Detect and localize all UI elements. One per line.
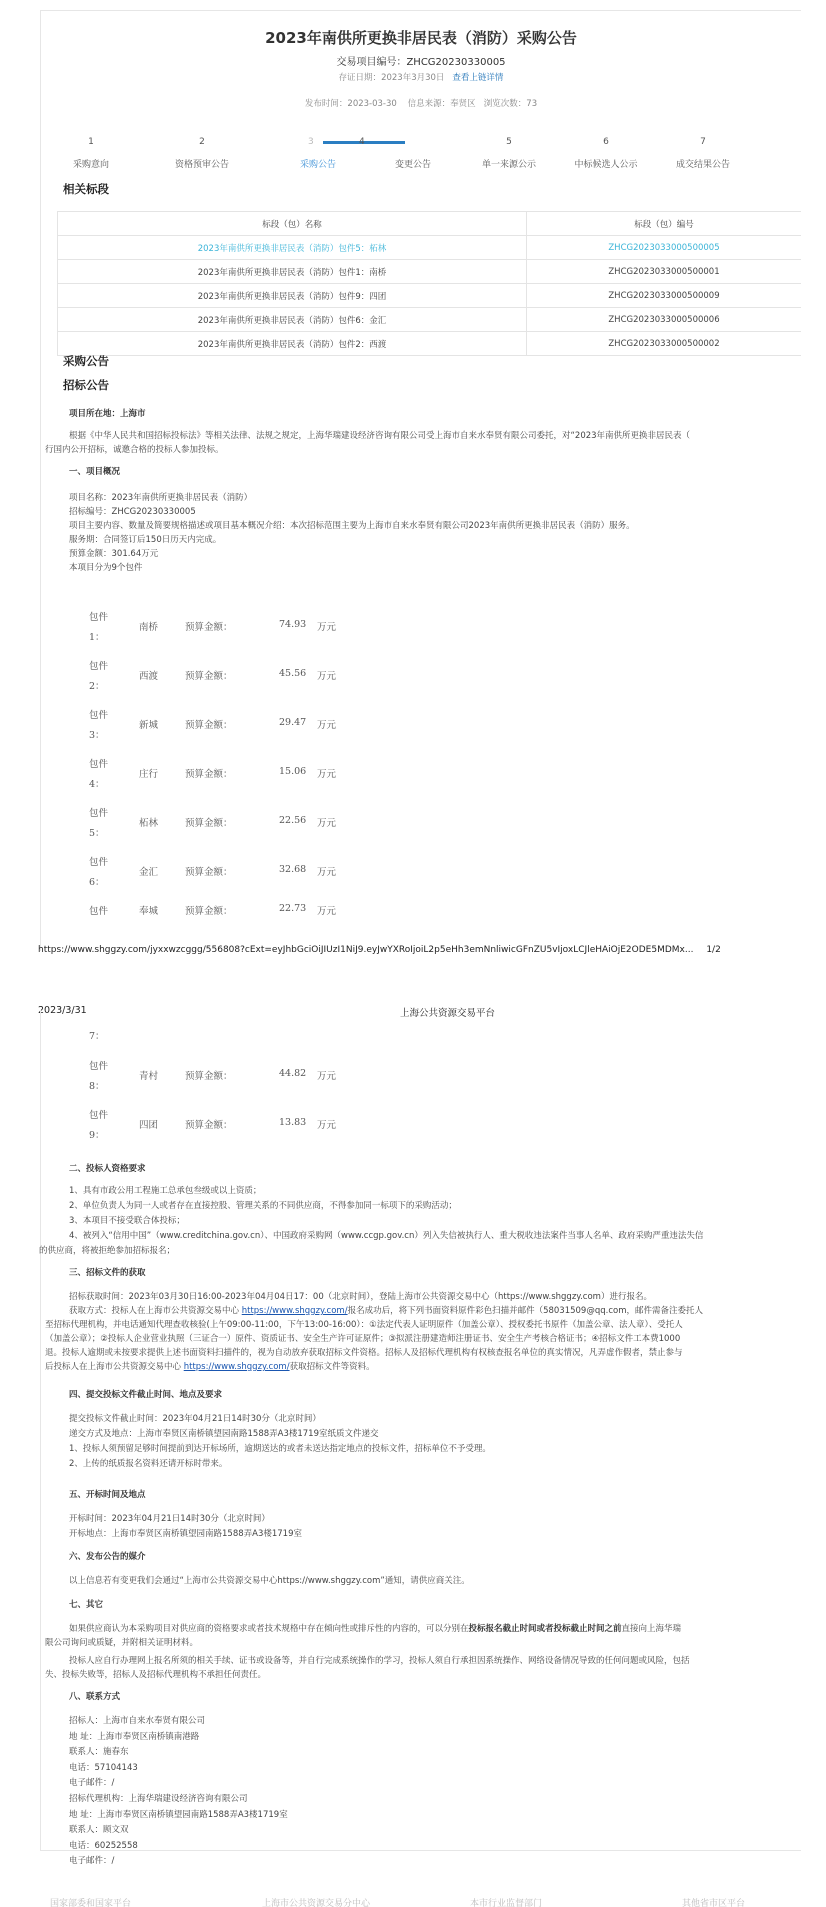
contact-line: 电话：60252558: [69, 1839, 288, 1855]
package-label: 包件: [89, 658, 108, 672]
package-label: 包件: [89, 903, 108, 917]
other-text: 如果供应商认为本采购项目对供应商的资格要求或者技术规格中存在倾向性或排斥性的内容…: [69, 1624, 469, 1634]
package-area: 庄行: [139, 766, 158, 780]
footer-link-ministries[interactable]: 国家部委和国家平台: [50, 1896, 131, 1907]
method-line: 后投标人在上海市公共资源交易中心 https://www.shggzy.com/…: [45, 1360, 801, 1374]
budget-label: 预算金额：: [185, 864, 233, 878]
package-label: 包件: [89, 609, 108, 623]
row-name[interactable]: 2023年南供所更换非居民表（消防）包件1：南桥: [58, 260, 527, 284]
step-label: 资格预审公告: [152, 157, 252, 170]
package-number: 8：: [89, 1078, 105, 1092]
package-row: 包件5：柘林预算金额：22.56万元: [89, 805, 389, 845]
other-para-1: 如果供应商认为本采购项目对供应商的资格要求或者技术规格中存在倾向性或排斥性的内容…: [69, 1622, 801, 1636]
other-text: 直接向上海华瑞: [622, 1624, 682, 1634]
tender-heading: 招标公告: [63, 377, 109, 393]
requirement-line: 2、单位负责人为同一人或者存在直接控股、管理关系的不同供应商，不得参加同一标项下…: [69, 1199, 703, 1214]
overview-line: 项目主要内容、数量及简要规格描述或项目基本概况介绍：本次招标范围主要为上海市自来…: [69, 519, 635, 533]
acquisition-details: 至招标代理机构，并电话通知代理查收核验(上午09:00-11:00，下午13:0…: [45, 1318, 801, 1374]
section-8-title: 八、联系方式: [69, 1690, 120, 1704]
project-location: 项目所在地：上海市: [69, 407, 146, 421]
package-area: 柘林: [139, 815, 158, 829]
package-area: 西渡: [139, 668, 158, 682]
table-row[interactable]: 2023年南供所更换非居民表（消防）包件2：西渡ZHCG202303300050…: [58, 332, 802, 356]
method-text: 获取招标文件等资料。: [290, 1362, 375, 1372]
budget-amount: 15.06: [279, 766, 306, 777]
step-label: 成交结果公告: [653, 157, 753, 170]
step-number: 3: [268, 133, 368, 151]
contact-info: 招标人：上海市自来水奉贤有限公司 地 址：上海市奉贤区南桥镇南港路 联系人：施春…: [69, 1714, 288, 1870]
procurement-heading: 采购公告: [63, 353, 109, 369]
project-number-label: 交易项目编号：: [336, 57, 406, 68]
row-name[interactable]: 2023年南供所更换非居民表（消防）包件9：四团: [58, 284, 527, 308]
contact-line: 电话：57104143: [69, 1761, 288, 1777]
print-page-number: 1/2: [706, 945, 720, 955]
budget-amount: 45.56: [279, 668, 306, 679]
overview-line: 服务期：合同签订后150日历天内完成。: [69, 533, 635, 547]
requirement-line: 1、具有市政公用工程施工总承包叁级或以上资质；: [69, 1184, 703, 1199]
project-overview: 项目名称：2023年南供所更换非居民表（消防） 招标编号：ZHCG2023033…: [69, 491, 635, 575]
package-number: 3：: [89, 727, 105, 741]
budget-amount: 13.83: [279, 1117, 306, 1128]
step-3[interactable]: 3采购公告: [268, 133, 368, 170]
package-number: 9：: [89, 1127, 105, 1141]
section-1-title: 一、项目概况: [69, 465, 120, 479]
submission-line: 2、上传的纸质报名资料还请开标时带来。: [69, 1457, 491, 1472]
budget-label: 预算金额：: [185, 903, 233, 917]
package-label: 包件: [89, 1107, 108, 1121]
package-area: 奉城: [139, 903, 158, 917]
row-code[interactable]: ZHCG2023033000500009: [527, 284, 802, 308]
package-area: 四团: [139, 1117, 158, 1131]
requirement-line: 4、被列入“信用中国”（www.creditchina.gov.cn）、中国政府…: [69, 1229, 703, 1244]
package-number: 7：: [89, 1028, 105, 1042]
overview-line: 预算金额：301.64万元: [69, 547, 635, 561]
contact-line: 联系人：施春东: [69, 1745, 288, 1761]
view-chain-details-link[interactable]: 查看上链详情: [452, 73, 503, 83]
step-number: 7: [653, 133, 753, 151]
shggzy-link[interactable]: https://www.shggzy.com/: [242, 1306, 348, 1316]
contact-line: 电子邮件：/: [69, 1776, 288, 1792]
submission-line: 递交方式及地点：上海市奉贤区南桥镇望园南路1588弄A3楼1719室纸质文件递交: [69, 1427, 491, 1442]
budget-amount: 44.82: [279, 1068, 306, 1079]
step-7[interactable]: 7成交结果公告: [653, 133, 753, 170]
step-label: 采购意向: [41, 157, 141, 170]
row-code[interactable]: ZHCG2023033000500005: [527, 236, 802, 260]
overview-line: 项目名称：2023年南供所更换非居民表（消防）: [69, 491, 635, 505]
budget-label: 预算金额：: [185, 815, 233, 829]
row-name[interactable]: 2023年南供所更换非居民表（消防）包件5：柘林: [58, 236, 527, 260]
submission-info: 提交投标文件截止时间：2023年04月21日14时30分（北京时间） 递交方式及…: [69, 1412, 491, 1472]
table-row[interactable]: 2023年南供所更换非居民表（消防）包件5：柘林ZHCG202303300050…: [58, 236, 802, 260]
col-name-header: 标段（包）名称: [58, 212, 527, 236]
row-code[interactable]: ZHCG2023033000500001: [527, 260, 802, 284]
package-row: 包件1：南桥预算金额：74.93万元: [89, 609, 389, 649]
step-4[interactable]: 4变更公告: [363, 133, 463, 170]
other-para-2-line2: 失、投标失败等，招标人及招标代理机构不承担任何责任。: [45, 1668, 266, 1682]
budget-label: 预算金额：: [185, 619, 233, 633]
budget-unit: 万元: [317, 1068, 336, 1082]
budget-unit: 万元: [317, 864, 336, 878]
contact-line: 招标代理机构：上海华瑞建设经济咨询有限公司: [69, 1792, 288, 1808]
package-row: 包件9：四团预算金额：13.83万元: [89, 1107, 389, 1147]
budget-label: 预算金额：: [185, 668, 233, 682]
media-text: 以上信息若有变更我们会通过“上海市公共资源交易中心https://www.shg…: [69, 1574, 470, 1588]
requirement-line: 的供应商，将被拒绝参加招标报名；: [39, 1244, 175, 1258]
budget-label: 预算金额：: [185, 1117, 233, 1131]
budget-amount: 29.47: [279, 717, 306, 728]
other-para-1-line2: 限公司询问或质疑，并附相关证明材料。: [45, 1636, 198, 1650]
package-label: 包件: [89, 1058, 108, 1072]
table-row[interactable]: 2023年南供所更换非居民表（消防）包件1：南桥ZHCG202303300050…: [58, 260, 802, 284]
project-number: 交易项目编号：ZHCG20230330005: [41, 53, 801, 68]
cert-date-label: 存证日期：: [339, 73, 382, 83]
method-text: 获取方式：投标人在上海市公共资源交易中心: [69, 1306, 242, 1316]
location-value: 上海市: [120, 409, 146, 419]
row-name[interactable]: 2023年南供所更换非居民表（消防）包件6：金汇: [58, 308, 527, 332]
footer-link-subcenters[interactable]: 上海市公共资源交易分中心: [262, 1896, 370, 1907]
opening-line: 开标时间：2023年04月21日14时30分（北京时间）: [69, 1512, 302, 1527]
step-label: 变更公告: [363, 157, 463, 170]
contact-line: 联系人：顾文双: [69, 1823, 288, 1839]
budget-amount: 74.93: [279, 619, 306, 630]
method-line: （加盖公章）；②投标人企业营业执照（三证合一）原件、资质证书、安全生产许可证原件…: [45, 1332, 801, 1346]
views-count: 73: [526, 99, 537, 109]
contact-line: 地 址：上海市奉贤区南桥镇南港路: [69, 1730, 288, 1746]
source-label: 信息来源：: [408, 99, 451, 109]
process-steps: 1采购意向 2资格预审公告 3采购公告 4变更公告 5单一来源公示 6中标候选人…: [41, 133, 826, 183]
budget-unit: 万元: [317, 668, 336, 682]
step-number: 4: [359, 133, 463, 151]
budget-amount: 22.56: [279, 815, 306, 826]
section-3-title: 三、招标文件的获取: [69, 1266, 146, 1280]
page-title: 2023年南供所更换非居民表（消防）采购公告: [41, 27, 801, 48]
section-6-title: 六、发布公告的媒介: [69, 1550, 146, 1564]
budget-amount: 22.73: [279, 903, 306, 914]
row-code[interactable]: ZHCG2023033000500006: [527, 308, 802, 332]
package-label: 包件: [89, 854, 108, 868]
step-label: 中标候选人公示: [556, 157, 656, 170]
package-row: 包件6：金汇预算金额：32.68万元: [89, 854, 389, 894]
method-text: 后投标人在上海市公共资源交易中心: [45, 1362, 184, 1372]
package-row: 包件2：西渡预算金额：45.56万元: [89, 658, 389, 698]
acquisition-time: 招标获取时间：2023年03月30日16:00-2023年04月04日17：00…: [69, 1290, 652, 1304]
package-row: 包件8：青村预算金额：44.82万元: [89, 1058, 389, 1098]
package-number: 5：: [89, 825, 105, 839]
budget-unit: 万元: [317, 717, 336, 731]
other-para-2: 投标人应自行办理网上报名所须的相关手续、证书或设备等，并自行完成系统操作的学习，…: [69, 1654, 801, 1668]
views-label: 浏览次数：: [484, 99, 527, 109]
intro-line-2: 行国内公开招标，诚邀合格的投标人参加投标。: [45, 443, 224, 457]
package-area: 新城: [139, 717, 158, 731]
row-code[interactable]: ZHCG2023033000500002: [527, 332, 802, 356]
footer-link-regulators[interactable]: 本市行业监督部门: [470, 1896, 542, 1907]
package-area: 金汇: [139, 864, 158, 878]
step-1[interactable]: 1采购意向: [41, 133, 141, 170]
related-sections-table: 标段（包）名称 标段（包）编号 2023年南供所更换非居民表（消防）包件5：柘林…: [57, 211, 801, 356]
step-label: 单一来源公示: [459, 157, 559, 170]
package-row: 包件3：新城预算金额：29.47万元: [89, 707, 389, 747]
project-number-value: ZHCG20230330005: [406, 57, 505, 68]
method-line: 至招标代理机构，并电话通知代理查收核验(上午09:00-11:00，下午13:0…: [45, 1318, 801, 1332]
contact-line: 地 址：上海市奉贤区南桥镇望园南路1588弄A3楼1719室: [69, 1808, 288, 1824]
budget-amount: 32.68: [279, 864, 306, 875]
package-row: 包件4：庄行预算金额：15.06万元: [89, 756, 389, 796]
step-6[interactable]: 6中标候选人公示: [556, 133, 656, 170]
publish-meta: 发布时间：2023-03-30 信息来源：奉贤区 浏览次数：73: [41, 97, 801, 109]
package-number: 1：: [89, 629, 105, 643]
overview-line: 本项目分为9个包件: [69, 561, 635, 575]
budget-unit: 万元: [317, 815, 336, 829]
method-text: 报名成功后，将下列书面资料原件彩色扫描并邮件（58031509@qq.com，邮…: [348, 1306, 703, 1316]
step-number: 6: [556, 133, 656, 151]
related-sections-heading: 相关标段: [63, 181, 109, 197]
package-area: 南桥: [139, 619, 158, 633]
opening-info: 开标时间：2023年04月21日14时30分（北京时间） 开标地点：上海市奉贤区…: [69, 1512, 302, 1542]
publish-label: 发布时间：: [305, 99, 348, 109]
notice-card-page1: 2023年南供所更换非居民表（消防）采购公告 交易项目编号：ZHCG202303…: [40, 10, 801, 951]
shggzy-link[interactable]: https://www.shggzy.com/: [184, 1362, 290, 1372]
budget-unit: 万元: [317, 903, 336, 917]
source-value: 奉贤区: [450, 99, 476, 109]
package-number: 4：: [89, 776, 105, 790]
row-name[interactable]: 2023年南供所更换非居民表（消防）包件2：西渡: [58, 332, 527, 356]
notice-card-page2: 7：包件8：青村预算金额：44.82万元包件9：四团预算金额：13.83万元 二…: [40, 1010, 801, 1851]
section-2-title: 二、投标人资格要求: [69, 1162, 146, 1176]
package-area: 青村: [139, 1068, 158, 1082]
section-7-title: 七、其它: [69, 1598, 103, 1612]
step-number: 5: [459, 133, 559, 151]
step-2[interactable]: 2资格预审公告: [152, 133, 252, 170]
contact-line: 电子邮件：/: [69, 1854, 288, 1870]
publish-time: 2023-03-30: [347, 99, 396, 109]
step-number: 1: [41, 133, 141, 151]
step-label: 采购公告: [268, 157, 368, 170]
print-url: https://www.shggzy.com/jyxxwzcggg/556808…: [38, 945, 693, 955]
budget-unit: 万元: [317, 1117, 336, 1131]
submission-line: 提交投标文件截止时间：2023年04月21日14时30分（北京时间）: [69, 1412, 491, 1427]
bidder-requirements: 1、具有市政公用工程施工总承包叁级或以上资质； 2、单位负责人为同一人或者存在直…: [69, 1184, 703, 1244]
other-bold-text: 投标报名截止时间或者投标截止时间之前: [469, 1624, 622, 1634]
step-number: 2: [152, 133, 252, 151]
table-row[interactable]: 2023年南供所更换非居民表（消防）包件6：金汇ZHCG202303300050…: [58, 308, 802, 332]
table-row[interactable]: 2023年南供所更换非居民表（消防）包件9：四团ZHCG202303300050…: [58, 284, 802, 308]
footer-link-other-provinces[interactable]: 其他省市区平台: [682, 1896, 745, 1907]
package-label: 包件: [89, 707, 108, 721]
print-footer: https://www.shggzy.com/jyxxwzcggg/556808…: [38, 945, 721, 955]
section-5-title: 五、开标时间及地点: [69, 1488, 146, 1502]
budget-label: 预算金额：: [185, 1068, 233, 1082]
cert-date: 存证日期：2023年3月30日查看上链详情: [41, 71, 801, 83]
package-number: 6：: [89, 874, 105, 888]
acquisition-method: 获取方式：投标人在上海市公共资源交易中心 https://www.shggzy.…: [69, 1304, 801, 1318]
col-code-header: 标段（包）编号: [527, 212, 802, 236]
overview-line: 招标编号：ZHCG20230330005: [69, 505, 635, 519]
budget-label: 预算金额：: [185, 766, 233, 780]
package-label: 包件: [89, 805, 108, 819]
location-label: 项目所在地：: [69, 409, 120, 419]
cert-date-value: 2023年3月30日: [381, 73, 444, 83]
requirement-line: 3、本项目不接受联合体投标；: [69, 1214, 703, 1229]
intro-line-1: 根据《中华人民共和国招标投标法》等相关法律、法规之规定，上海华瑞建设经济咨询有限…: [69, 429, 801, 443]
submission-line: 1、投标人须预留足够时间提前到达开标场所，逾期送达的或者未送达指定地点的投标文件…: [69, 1442, 491, 1457]
opening-line: 开标地点：上海市奉贤区南桥镇望园南路1588弄A3楼1719室: [69, 1527, 302, 1542]
budget-unit: 万元: [317, 766, 336, 780]
package-number: 2：: [89, 678, 105, 692]
table-header: 标段（包）名称 标段（包）编号: [58, 212, 802, 236]
section-4-title: 四、提交投标文件截止时间、地点及要求: [69, 1388, 222, 1402]
contact-line: 招标人：上海市自来水奉贤有限公司: [69, 1714, 288, 1730]
method-line: 退。投标人逾期或未按要求提供上述书面资料扫描件的，视为自动放弃获取招标文件资格。…: [45, 1346, 801, 1360]
step-5[interactable]: 5单一来源公示: [459, 133, 559, 170]
budget-unit: 万元: [317, 619, 336, 633]
package-label: 包件: [89, 756, 108, 770]
budget-label: 预算金额：: [185, 717, 233, 731]
